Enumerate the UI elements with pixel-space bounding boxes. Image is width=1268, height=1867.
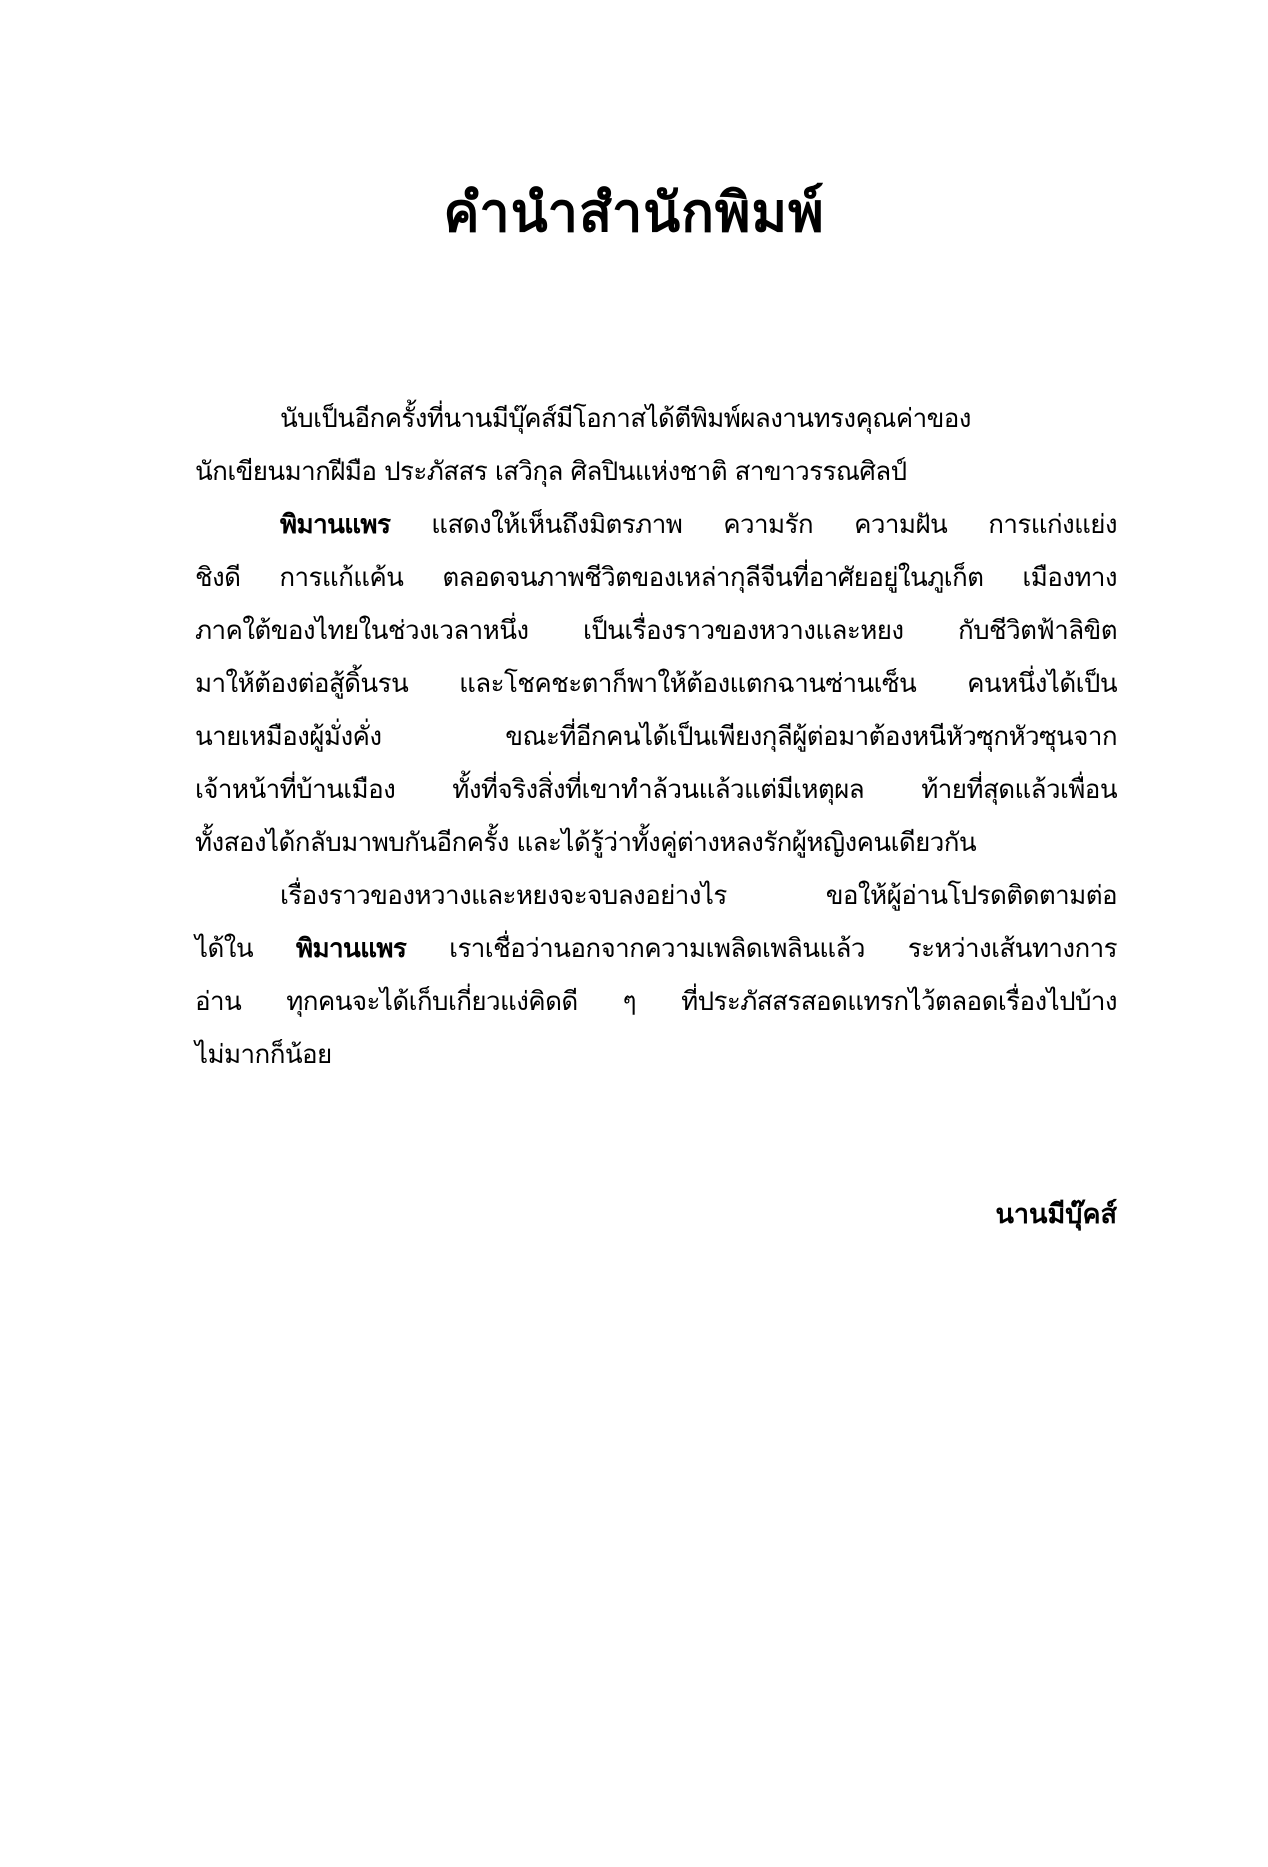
text-line: มาให้ต้องต่อสู้ดิ้นรน และโชคชะตาก็พาให้ต…: [195, 658, 1117, 711]
text-segment: อ่าน ทุกคนจะได้เก็บเกี่ยวแง่คิดดี ๆ ที่ป…: [195, 987, 1117, 1017]
book-title-bold: พิมานแพร: [280, 510, 390, 540]
text-line: พิมานแพร แสดงให้เห็นถึงมิตรภาพ ความรัก ค…: [195, 499, 1117, 552]
text-line: เจ้าหน้าที่บ้านเมือง ทั้งที่จริงสิ่งที่เ…: [195, 764, 1117, 817]
text-line: นับเป็นอีกครั้งที่นานมีบุ๊คส์มีโอกาสได้ต…: [195, 393, 1117, 446]
text-line: ได้ใน พิมานแพร เราเชื่อว่านอกจากความเพลิ…: [195, 923, 1117, 976]
document-page: คำนำสำนักพิมพ์ นับเป็นอีกครั้งที่นานมีบุ…: [0, 0, 1268, 1867]
text-line: นักเขียนมากฝีมือ ประภัสสร เสวิกุล ศิลปิน…: [195, 446, 1117, 499]
text-segment: เจ้าหน้าที่บ้านเมือง ทั้งที่จริงสิ่งที่เ…: [195, 775, 1117, 805]
text-segment: นักเขียนมากฝีมือ ประภัสสร เสวิกุล ศิลปิน…: [195, 457, 907, 487]
text-segment: เรื่องราวของหวางและหยงจะจบลงอย่างไร ขอให…: [280, 881, 1117, 911]
paragraph-1: นับเป็นอีกครั้งที่นานมีบุ๊คส์มีโอกาสได้ต…: [195, 393, 1117, 499]
text-segment: มาให้ต้องต่อสู้ดิ้นรน และโชคชะตาก็พาให้ต…: [195, 669, 1117, 699]
text-segment: ภาคใต้ของไทยในช่วงเวลาหนึ่ง เป็นเรื่องรา…: [195, 616, 1117, 646]
page-title: คำนำสำนักพิมพ์: [0, 168, 1268, 258]
paragraph-2: พิมานแพร แสดงให้เห็นถึงมิตรภาพ ความรัก ค…: [195, 499, 1117, 870]
text-segment: ได้ใน: [195, 934, 296, 964]
text-segment: นับเป็นอีกครั้งที่นานมีบุ๊คส์มีโอกาสได้ต…: [280, 404, 971, 434]
book-title-bold: พิมานแพร: [296, 934, 406, 964]
preface-body: นับเป็นอีกครั้งที่นานมีบุ๊คส์มีโอกาสได้ต…: [195, 393, 1117, 1082]
text-line: เรื่องราวของหวางและหยงจะจบลงอย่างไร ขอให…: [195, 870, 1117, 923]
text-line: ทั้งสองได้กลับมาพบกันอีกครั้ง และได้รู้ว…: [195, 817, 1117, 870]
text-segment: เราเชื่อว่านอกจากความเพลิดเพลินแล้ว ระหว…: [406, 934, 1117, 964]
publisher-signature: นานมีบุ๊คส์: [900, 1188, 1117, 1241]
text-line: นายเหมืองผู้มั่งคั่ง ขณะที่อีกคนได้เป็นเ…: [195, 711, 1117, 764]
text-segment: ชิงดี การแก้แค้น ตลอดจนภาพชีวิตของเหล่าก…: [195, 563, 1117, 593]
text-line: ชิงดี การแก้แค้น ตลอดจนภาพชีวิตของเหล่าก…: [195, 552, 1117, 605]
text-line: อ่าน ทุกคนจะได้เก็บเกี่ยวแง่คิดดี ๆ ที่ป…: [195, 976, 1117, 1029]
text-segment: นายเหมืองผู้มั่งคั่ง ขณะที่อีกคนได้เป็นเ…: [195, 722, 1117, 752]
text-segment: แสดงให้เห็นถึงมิตรภาพ ความรัก ความฝัน กา…: [390, 510, 1117, 540]
text-segment: ไม่มากก็น้อย: [195, 1040, 332, 1070]
text-segment: ทั้งสองได้กลับมาพบกันอีกครั้ง และได้รู้ว…: [195, 828, 976, 858]
text-line: ไม่มากก็น้อย: [195, 1029, 1117, 1082]
paragraph-3: เรื่องราวของหวางและหยงจะจบลงอย่างไร ขอให…: [195, 870, 1117, 1082]
text-line: ภาคใต้ของไทยในช่วงเวลาหนึ่ง เป็นเรื่องรา…: [195, 605, 1117, 658]
